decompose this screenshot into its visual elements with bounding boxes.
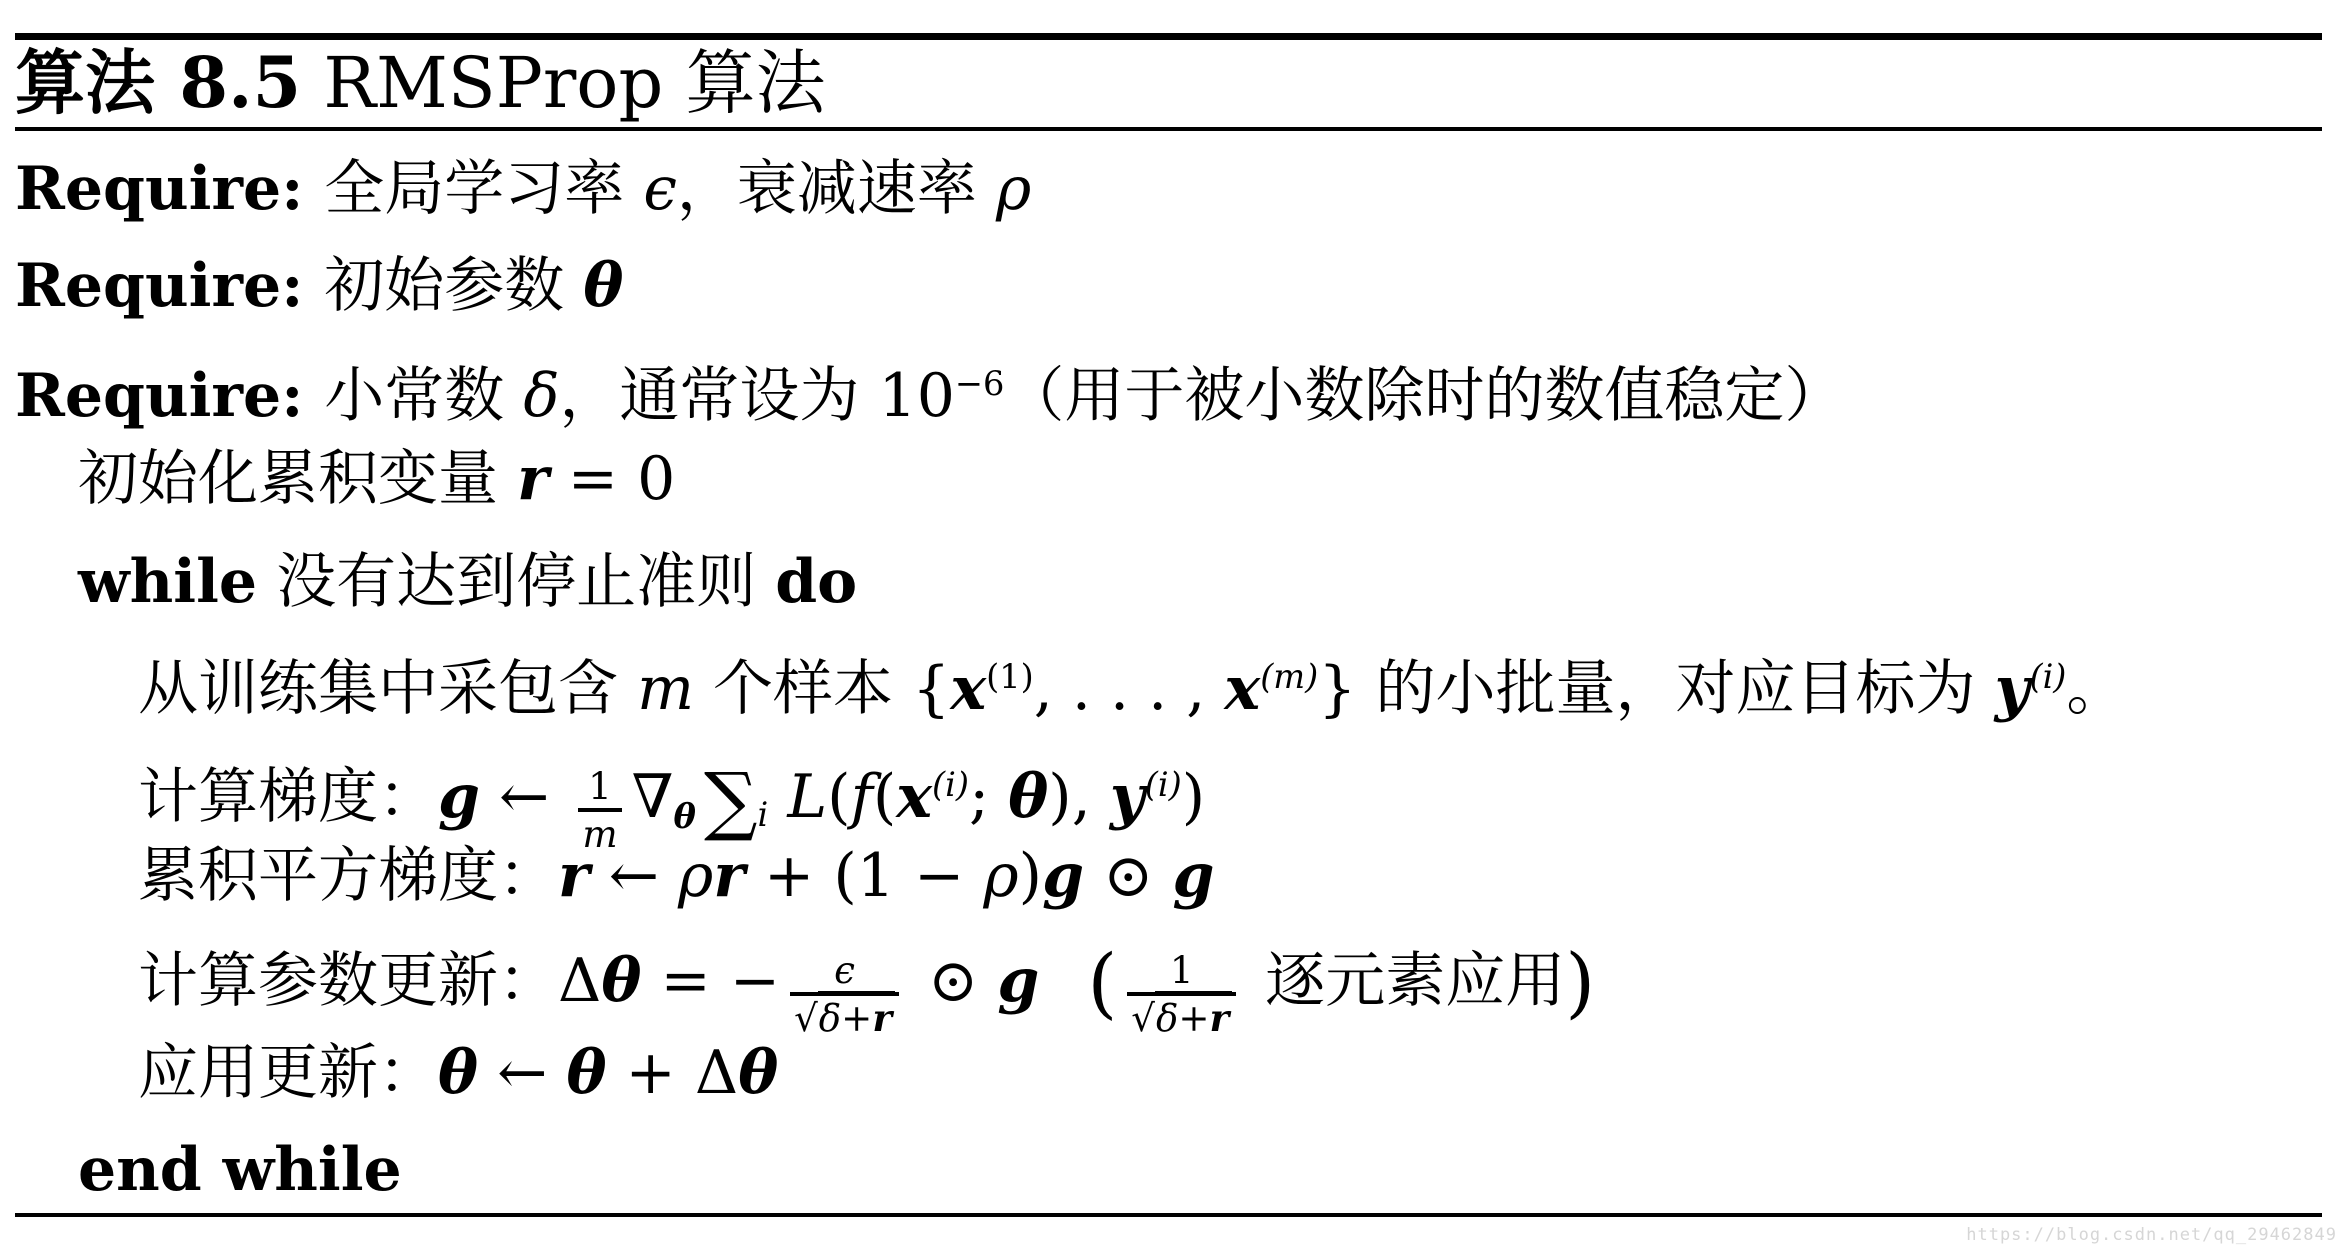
delta-symbol: δ xyxy=(819,996,841,1040)
sample-period: 。 xyxy=(2066,654,2126,724)
rho-symbol: ρ xyxy=(983,841,1018,911)
require3-text2: ，通常设为 xyxy=(559,361,878,431)
step-sample-minibatch: 从训练集中采包含 m 个样本 {x(1), . . . , x(m)} 的小批量… xyxy=(138,628,2126,725)
sample-text2: 个样本 xyxy=(694,654,912,724)
g-symbol: g xyxy=(997,946,1039,1016)
g-symbol: g xyxy=(438,762,480,832)
radical-sign: √ xyxy=(1131,996,1155,1040)
x-symbol: x xyxy=(1224,654,1260,724)
paren: ( xyxy=(873,762,896,832)
require1-text: 全局学习率 xyxy=(324,154,643,224)
step-compute-update: 计算参数更新：Δθ = −ϵ√δ+r ⊙ g(1√δ+r 逐元素应用) xyxy=(138,933,1595,1030)
assign-arrow: ← xyxy=(478,1038,566,1108)
odot-operator: ⊙ xyxy=(1084,841,1172,911)
dots: , . . . , xyxy=(1034,654,1225,724)
radical-sign: √ xyxy=(794,996,818,1040)
x-symbol: x xyxy=(896,762,932,832)
frac-denominator-sqrt: √δ+r xyxy=(790,996,899,1038)
fraction-one-over-sqrt: 1√δ+r xyxy=(1127,950,1236,1038)
require1-text2: ，衰减速率 xyxy=(677,154,996,224)
theta-symbol: θ xyxy=(601,946,641,1016)
paren: ), xyxy=(1048,762,1110,832)
superscript-1: (1) xyxy=(986,657,1034,696)
bottom-rule xyxy=(15,1213,2322,1217)
algorithm-title: 算法 8.5 RMSProp 算法 xyxy=(15,40,826,126)
rho-symbol: ρ xyxy=(678,841,713,911)
require-line-learning-rate: Require: 全局学习率 ϵ，衰减速率 ρ xyxy=(15,141,1031,238)
theta-symbol: θ xyxy=(566,1038,606,1108)
m-symbol: m xyxy=(637,654,694,724)
require-line-init-params: Require: 初始参数 θ xyxy=(15,238,623,335)
superscript-i: (i) xyxy=(1145,765,1182,804)
sample-text3: 的小批量，对应目标为 xyxy=(1356,654,1994,724)
r-symbol: r xyxy=(517,444,549,514)
superscript-m: (m) xyxy=(1260,657,1318,696)
while-condition: 没有达到停止准则 xyxy=(257,547,775,617)
superscript-i: (i) xyxy=(2029,657,2066,696)
semicolon: ; xyxy=(969,762,1008,832)
brace-close: } xyxy=(1318,654,1356,724)
f-symbol: f xyxy=(851,762,873,832)
title-rule xyxy=(15,127,2322,131)
accum-text: + (1 − xyxy=(745,841,983,911)
plus-operator: + xyxy=(1178,996,1209,1040)
delta-symbol: δ xyxy=(523,361,559,431)
theta-symbol: θ xyxy=(738,1038,778,1108)
paren: ) xyxy=(1182,762,1205,832)
g-symbol: g xyxy=(1172,841,1214,911)
frac-denominator-sqrt: √δ+r xyxy=(1127,996,1236,1038)
update-label: 计算参数更新： xyxy=(138,946,558,1016)
paren-close: ) xyxy=(1565,939,1595,1028)
require3-text: 小常数 xyxy=(324,361,523,431)
elementwise-note: 逐元素应用 xyxy=(1246,946,1565,1016)
x-symbol: x xyxy=(950,654,986,724)
gradient-label: 计算梯度： xyxy=(138,762,438,832)
require-keyword: Require: xyxy=(15,251,324,321)
apply-label: 应用更新： xyxy=(138,1038,438,1108)
theta-symbol: θ xyxy=(1008,762,1048,832)
algorithm-number: 算法 8.5 xyxy=(15,41,301,124)
g-symbol: g xyxy=(1042,841,1084,911)
end-while-line: end while xyxy=(78,1122,402,1219)
require-line-small-constant: Require: 小常数 δ，通常设为 10−6（用于被小数除时的数值稳定） xyxy=(15,335,1844,432)
r-symbol: r xyxy=(713,841,745,911)
frac-numerator: 1 xyxy=(578,766,621,808)
top-rule xyxy=(15,33,2322,40)
step-accumulate-gradient: 累积平方梯度：r ← ρr + (1 − ρ)g ⊙ g xyxy=(138,828,1214,925)
init-text: 初始化累积变量 xyxy=(78,444,517,514)
assign-arrow: ← xyxy=(590,841,678,911)
step-init-accumulator: 初始化累积变量 r = 0 xyxy=(78,431,675,528)
radicand: δ+r xyxy=(1155,991,1232,1040)
frac-numerator-one: 1 xyxy=(1127,950,1236,992)
frac-numerator-epsilon: ϵ xyxy=(790,950,899,992)
loss-symbol: L xyxy=(768,762,827,832)
rho-symbol: ρ xyxy=(996,154,1031,224)
exponent: −6 xyxy=(955,364,1005,403)
nabla-symbol: ∇ xyxy=(632,762,674,832)
brace-open: { xyxy=(912,654,950,724)
fraction-eps-over-sqrt: ϵ√δ+r xyxy=(790,950,899,1038)
plus-operator: + xyxy=(841,996,872,1040)
r-symbol: r xyxy=(872,996,892,1040)
step-compute-gradient: 计算梯度：g ← 1m∇θ∑i L(f(x(i); θ), y(i)) xyxy=(138,736,1205,833)
while-keyword: while xyxy=(78,547,257,617)
plus-delta: + Δ xyxy=(606,1038,738,1108)
theta-symbol: θ xyxy=(438,1038,478,1108)
epsilon-symbol: ϵ xyxy=(643,154,677,224)
accumulate-label: 累积平方梯度： xyxy=(138,841,558,911)
paren: ) xyxy=(1019,841,1042,911)
require-keyword: Require: xyxy=(15,154,324,224)
do-keyword: do xyxy=(775,547,857,617)
sample-text1: 从训练集中采包含 xyxy=(138,654,637,724)
odot-operator: ⊙ xyxy=(909,946,997,1016)
algorithm-box: 算法 8.5 RMSProp 算法 Require: 全局学习率 ϵ，衰减速率 … xyxy=(0,0,2352,1257)
radicand: δ+r xyxy=(818,991,895,1040)
theta-symbol: θ xyxy=(583,251,623,321)
superscript-i: (i) xyxy=(932,765,969,804)
assign-arrow: ← xyxy=(480,762,568,832)
require3-note: （用于被小数除时的数值稳定） xyxy=(1004,361,1844,431)
algorithm-name: RMSProp 算法 xyxy=(301,42,825,124)
y-symbol: y xyxy=(1995,654,2030,724)
delta-uppercase: Δ xyxy=(558,946,601,1016)
while-line: while 没有达到停止准则 do xyxy=(78,534,857,631)
require-keyword: Require: xyxy=(15,361,324,431)
delta-symbol: δ xyxy=(1156,996,1178,1040)
r-symbol: r xyxy=(1210,996,1230,1040)
init-value: = 0 xyxy=(549,444,676,514)
paren-open: ( xyxy=(1087,939,1117,1028)
r-symbol: r xyxy=(558,841,590,911)
paren: ( xyxy=(827,762,850,832)
equals-minus: = − xyxy=(641,946,780,1016)
require2-text: 初始参数 xyxy=(324,251,583,321)
y-symbol: y xyxy=(1110,762,1145,832)
step-apply-update: 应用更新：θ ← θ + Δθ xyxy=(138,1025,778,1122)
base-ten: 10 xyxy=(879,361,955,431)
csdn-watermark-url: https://blog.csdn.net/qq_29462849 xyxy=(1966,1224,2337,1246)
end-while-keyword: end while xyxy=(78,1135,402,1205)
